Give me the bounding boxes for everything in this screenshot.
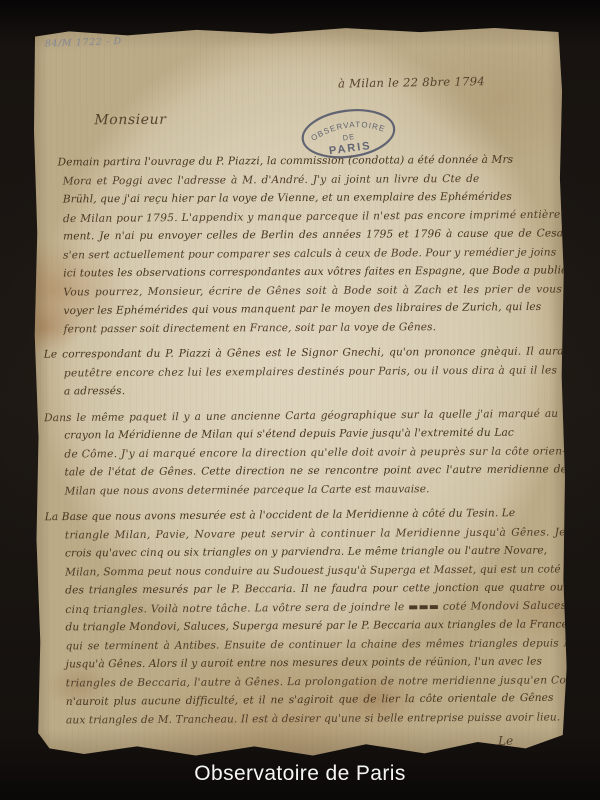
stamp-text-middle: DE (342, 132, 355, 143)
photo-caption: Observatoire de Paris (0, 762, 600, 786)
manuscript-line: jusqu'à Gênes. Alors il y auroit entre n… (44, 652, 564, 674)
shelfmark-pencil-note: 84/M 1722 - D (45, 36, 122, 50)
letter-body: Demain partira l'ouvrage du P. Piazzi, l… (41, 150, 565, 729)
manuscript-line: Le correspondant du P. Piazzi à Gênes es… (42, 342, 562, 364)
manuscript-line: cinq triangles. Voilà notre tâche. La vô… (43, 596, 563, 619)
letter-salutation: Monsieur (94, 112, 166, 128)
manuscript-line: Demain partira l'ouvrage du P. Piazzi, l… (41, 150, 561, 172)
manuscript-line: a adressés. (42, 379, 562, 401)
manuscript-line: Dans le même paquet il y a une ancienne … (42, 404, 562, 427)
manuscript-line: tale de l'état de Gênes. Cette direction… (42, 460, 562, 482)
manuscript-line: crois qu'avec cinq ou six triangles on y… (43, 541, 563, 563)
manuscript-page: 84/M 1722 - D à Milan le 22 8bre 1794 Mo… (32, 25, 568, 758)
letter-dateline: à Milan le 22 8bre 1794 (338, 74, 485, 90)
manuscript-line: Milan que nous avons determinée parceque… (43, 479, 563, 501)
manuscript-line: de Milan pour 1795. L'appendix y manque … (41, 205, 561, 228)
manuscript-line: ici toutes les observations correspondan… (41, 261, 561, 283)
manuscript-line: peutêtre encore chez lui les exemplaires… (42, 361, 562, 383)
catchword: Le (498, 734, 513, 748)
photo-backdrop: 84/M 1722 - D à Milan le 22 8bre 1794 Mo… (0, 0, 600, 800)
manuscript-line: aux triangles de M. Trancheau. Il est à … (44, 708, 564, 730)
manuscript-line: feront passer soit directement en France… (42, 317, 562, 339)
